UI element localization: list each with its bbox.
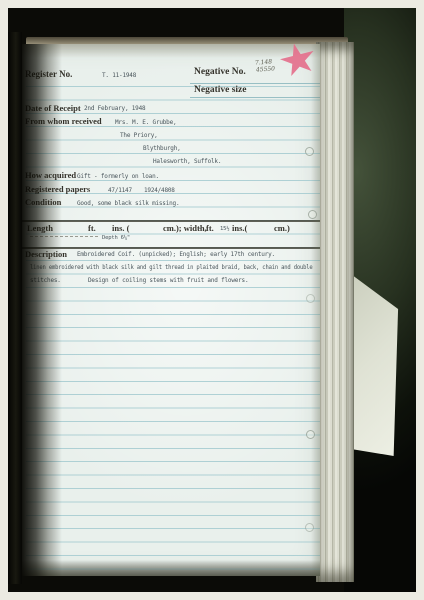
description-line-1: Embroidered Coif. (unpicked); English; e…	[77, 251, 275, 258]
registered-papers-value-1: 47/1147	[108, 187, 132, 194]
rivet-hole-icon	[305, 147, 314, 156]
rivet-hole-icon	[308, 210, 317, 219]
dim-ft-2: ft.	[206, 224, 214, 233]
binding-gutter-shadow	[22, 44, 62, 576]
card-right-shadow	[311, 44, 320, 576]
negative-no-handwritten-2: 45550	[256, 66, 276, 74]
dim-cm-2: cm.)	[274, 224, 290, 233]
page-stack-right	[316, 42, 354, 582]
rivet-hole-icon	[306, 294, 315, 303]
date-receipt-value: 2nd February, 1948	[84, 105, 145, 112]
rivet-hole-icon	[306, 430, 315, 439]
negative-size-label: Negative size	[194, 86, 247, 95]
negative-size-underline	[190, 97, 320, 98]
rivet-hole-icon	[305, 523, 314, 532]
under-page-edge-left	[8, 32, 22, 584]
card-bottom-shadow	[22, 560, 320, 576]
description-line-3b: Design of coiling stems with fruit and f…	[88, 277, 248, 284]
dim-dash: -	[198, 225, 201, 232]
negative-no-underline	[190, 83, 320, 84]
from-whom-line-1: Mrs. M. E. Grubbe,	[115, 119, 176, 126]
how-acquired-value: Gift - formerly on loan.	[77, 173, 159, 180]
register-card: Register No. T. 11-1948 Negative No. 7.1…	[22, 44, 320, 576]
width-ins-value: 15½	[220, 226, 229, 233]
depth-note: Depth 6¼"	[102, 235, 130, 242]
registered-papers-value-2: 1924/4808	[144, 187, 175, 194]
dim-ft-1: ft.	[88, 224, 96, 233]
measure-box-top-rule	[22, 220, 320, 222]
photo-area: Register No. T. 11-1948 Negative No. 7.1…	[8, 8, 416, 592]
description-line-2: linen embroidered with black silk and gi…	[30, 264, 313, 271]
from-whom-line-3: Blythburgh,	[143, 145, 181, 152]
from-whom-line-2: The Priory,	[120, 132, 158, 139]
negative-no-label: Negative No.	[194, 68, 246, 77]
dim-ins-2: ins.(	[232, 224, 247, 233]
condition-value: Good, some black silk missing.	[77, 200, 179, 207]
from-whom-line-4: Halesworth, Suffolk.	[153, 158, 221, 165]
dim-ins-1: ins. (	[112, 224, 129, 233]
scanned-register-photo: Register No. T. 11-1948 Negative No. 7.1…	[0, 0, 424, 600]
register-no-value: T. 11-1948	[102, 72, 136, 79]
